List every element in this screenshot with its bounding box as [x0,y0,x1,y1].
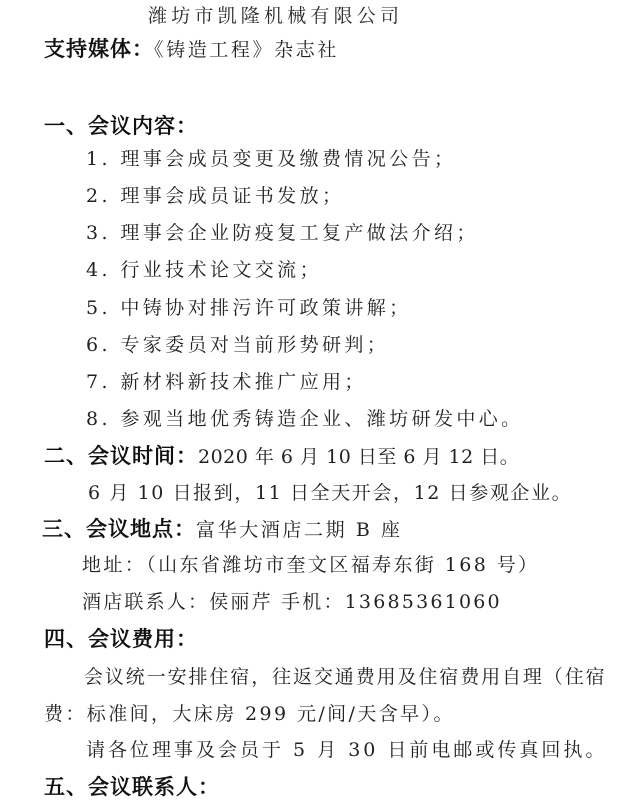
agenda-item: 6. 专家委员对当前形势研判； [86,333,389,357]
support-media-value: 《铸造工程》杂志社 [154,39,339,61]
organizer-line: 潍坊市凯隆机械有限公司 [148,4,403,28]
agenda-item: 1. 理事会成员变更及缴费情况公告； [86,147,456,171]
section-heading-contacts: 五、会议联系人： [44,775,220,799]
agenda-item: 7. 新材料新技术推广应用； [86,370,367,394]
agenda-item: 3. 理事会企业防疫复工复产做法介绍； [86,221,479,245]
support-media-label: 支持媒体： [44,37,154,61]
agenda-item: 5. 中铸协对排污许可政策讲解； [86,296,412,320]
section-heading-fees: 四、会议费用： [44,627,198,651]
section-heading-content: 一、会议内容： [44,114,198,138]
venue-name: 富华大酒店二期 B 座 [196,519,403,541]
section-location-line: 三、会议地点：富华大酒店二期 B 座 [42,517,403,542]
fees-paragraph-line-1: 会议统一安排住宿，往返交通费用及住宿费用自理（住宿 [84,665,607,689]
agenda-item: 8. 参观当地优秀铸造企业、潍坊研发中心。 [86,407,524,431]
hotel-contact: 酒店联系人：侯丽芹 手机：13685361060 [82,590,502,614]
agenda-item: 4. 行业技术论文交流； [86,258,322,282]
agenda-item: 2. 理事会成员证书发放； [86,184,344,208]
meeting-schedule-detail: 6 月 10 日报到，11 日全天开会，12 日参观企业。 [88,481,572,505]
section-heading-time: 二、会议时间： [44,444,198,468]
section-heading-location: 三、会议地点： [42,517,196,541]
fees-paragraph-line-2: 费：标准间，大床房 299 元/间/天含早）。 [44,702,455,726]
reply-notice: 请各位理事及会员于 5 月 30 日前电邮或传真回执。 [86,738,607,762]
venue-address: 地址：（山东省潍坊市奎文区福寿东街 168 号） [82,553,539,577]
support-media-line: 支持媒体：《铸造工程》杂志社 [44,37,339,62]
section-time-line: 二、会议时间：2020 年 6 月 10 日至 6 月 12 日。 [44,444,519,469]
meeting-dates: 2020 年 6 月 10 日至 6 月 12 日。 [198,446,519,468]
